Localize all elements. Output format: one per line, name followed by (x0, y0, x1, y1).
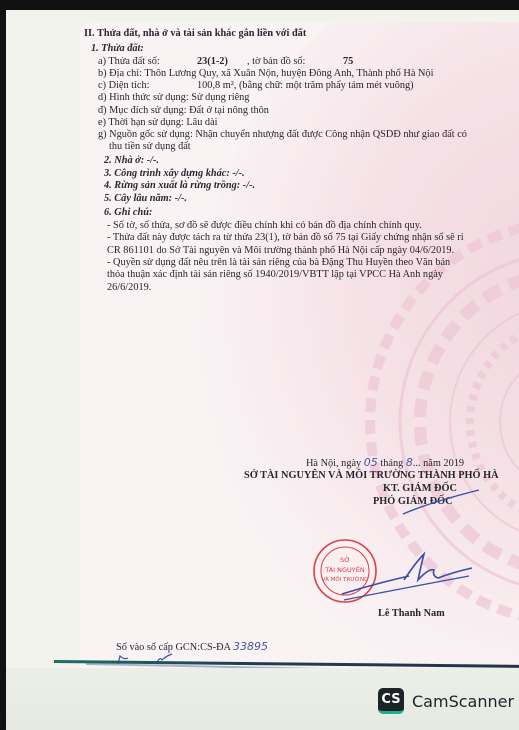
scan-top-border (0, 0, 519, 10)
camscanner-logo-icon: CS (378, 688, 404, 714)
parcel-number-value: 23(1-2) (197, 56, 228, 68)
area-value: 100,8 m², (bằng chữ: một trăm phẩy tám m… (197, 80, 414, 92)
notes-heading: 6. Ghi chú: (104, 207, 152, 219)
signer-name: Lê Thanh Nam (378, 608, 445, 620)
house-line: 2. Nhà ở: -/-. (104, 155, 159, 167)
date-day: 05 (364, 456, 378, 469)
parcel-number-label: a) Thửa đất số: (98, 56, 160, 68)
note-line: - Số tờ, số thửa, sơ đồ sẽ được điều chỉ… (107, 220, 422, 232)
forest-line: 4. Rừng sản xuất là rừng trồng: -/-. (104, 180, 255, 192)
perennial-line: 5. Cây lâu năm: -/-. (104, 193, 187, 205)
handwritten-signature-icon (334, 550, 474, 605)
camscanner-brand-text: CamScanner (412, 692, 514, 711)
note-line: - Quyền sử dụng đất nêu trên là tài sản … (107, 257, 450, 269)
date-year: năm 2019 (423, 458, 464, 469)
map-sheet-label: , tờ bản đồ số: (247, 56, 305, 68)
note-line: 26/6/2019. (107, 282, 151, 294)
origin-line-1: g) Nguồn gốc sử dụng: Nhận chuyển nhượng… (98, 129, 467, 141)
usage-purpose-line: đ) Mục đích sử dụng: Đất ở tại nông thôn (98, 105, 269, 117)
map-sheet-value: 75 (343, 56, 353, 68)
signing-date: Hà Nội, ngày 05 tháng 8... năm 2019 (306, 457, 464, 470)
camscanner-watermark: CS CamScanner (378, 688, 514, 714)
document-content: II. Thửa đất, nhà ở và tài sản khác gắn … (6, 10, 519, 730)
section-title: II. Thửa đất, nhà ở và tài sản khác gắn … (84, 28, 306, 40)
origin-line-2: thu tiền sử dụng đất (109, 141, 191, 153)
area-label: c) Diện tích: (98, 80, 149, 92)
date-month: 8 (406, 456, 413, 469)
scanned-page: II. Thửa đất, nhà ở và tài sản khác gắn … (6, 10, 519, 730)
note-line: CR 861101 do Sở Tài nguyên và Môi trường… (107, 245, 454, 257)
month-label: tháng (380, 458, 403, 469)
note-line: - Thửa đất này được tách ra từ thửa 23(1… (107, 232, 464, 244)
other-works-line: 3. Công trình xây dựng khác: -/-. (104, 168, 245, 180)
usage-term-line: e) Thời hạn sử dụng: Lâu dài (98, 117, 218, 129)
issuing-agency: SỞ TÀI NGUYÊN VÀ MÔI TRƯỜNG THÀNH PHỐ HÀ (244, 470, 499, 482)
usage-form-line: d) Hình thức sử dụng: Sử dụng riêng (98, 92, 249, 104)
date-prefix: Hà Nội, ngày (306, 458, 361, 469)
signature-tick-icon (401, 488, 481, 518)
address-line: b) Địa chỉ: Thôn Lương Quy, xã Xuân Nộn,… (98, 68, 433, 80)
note-line: thỏa thuận xác định tài sản riêng số 194… (107, 269, 443, 281)
registry-value: 33895 (233, 640, 268, 653)
land-heading: 1. Thửa đất: (91, 43, 144, 55)
